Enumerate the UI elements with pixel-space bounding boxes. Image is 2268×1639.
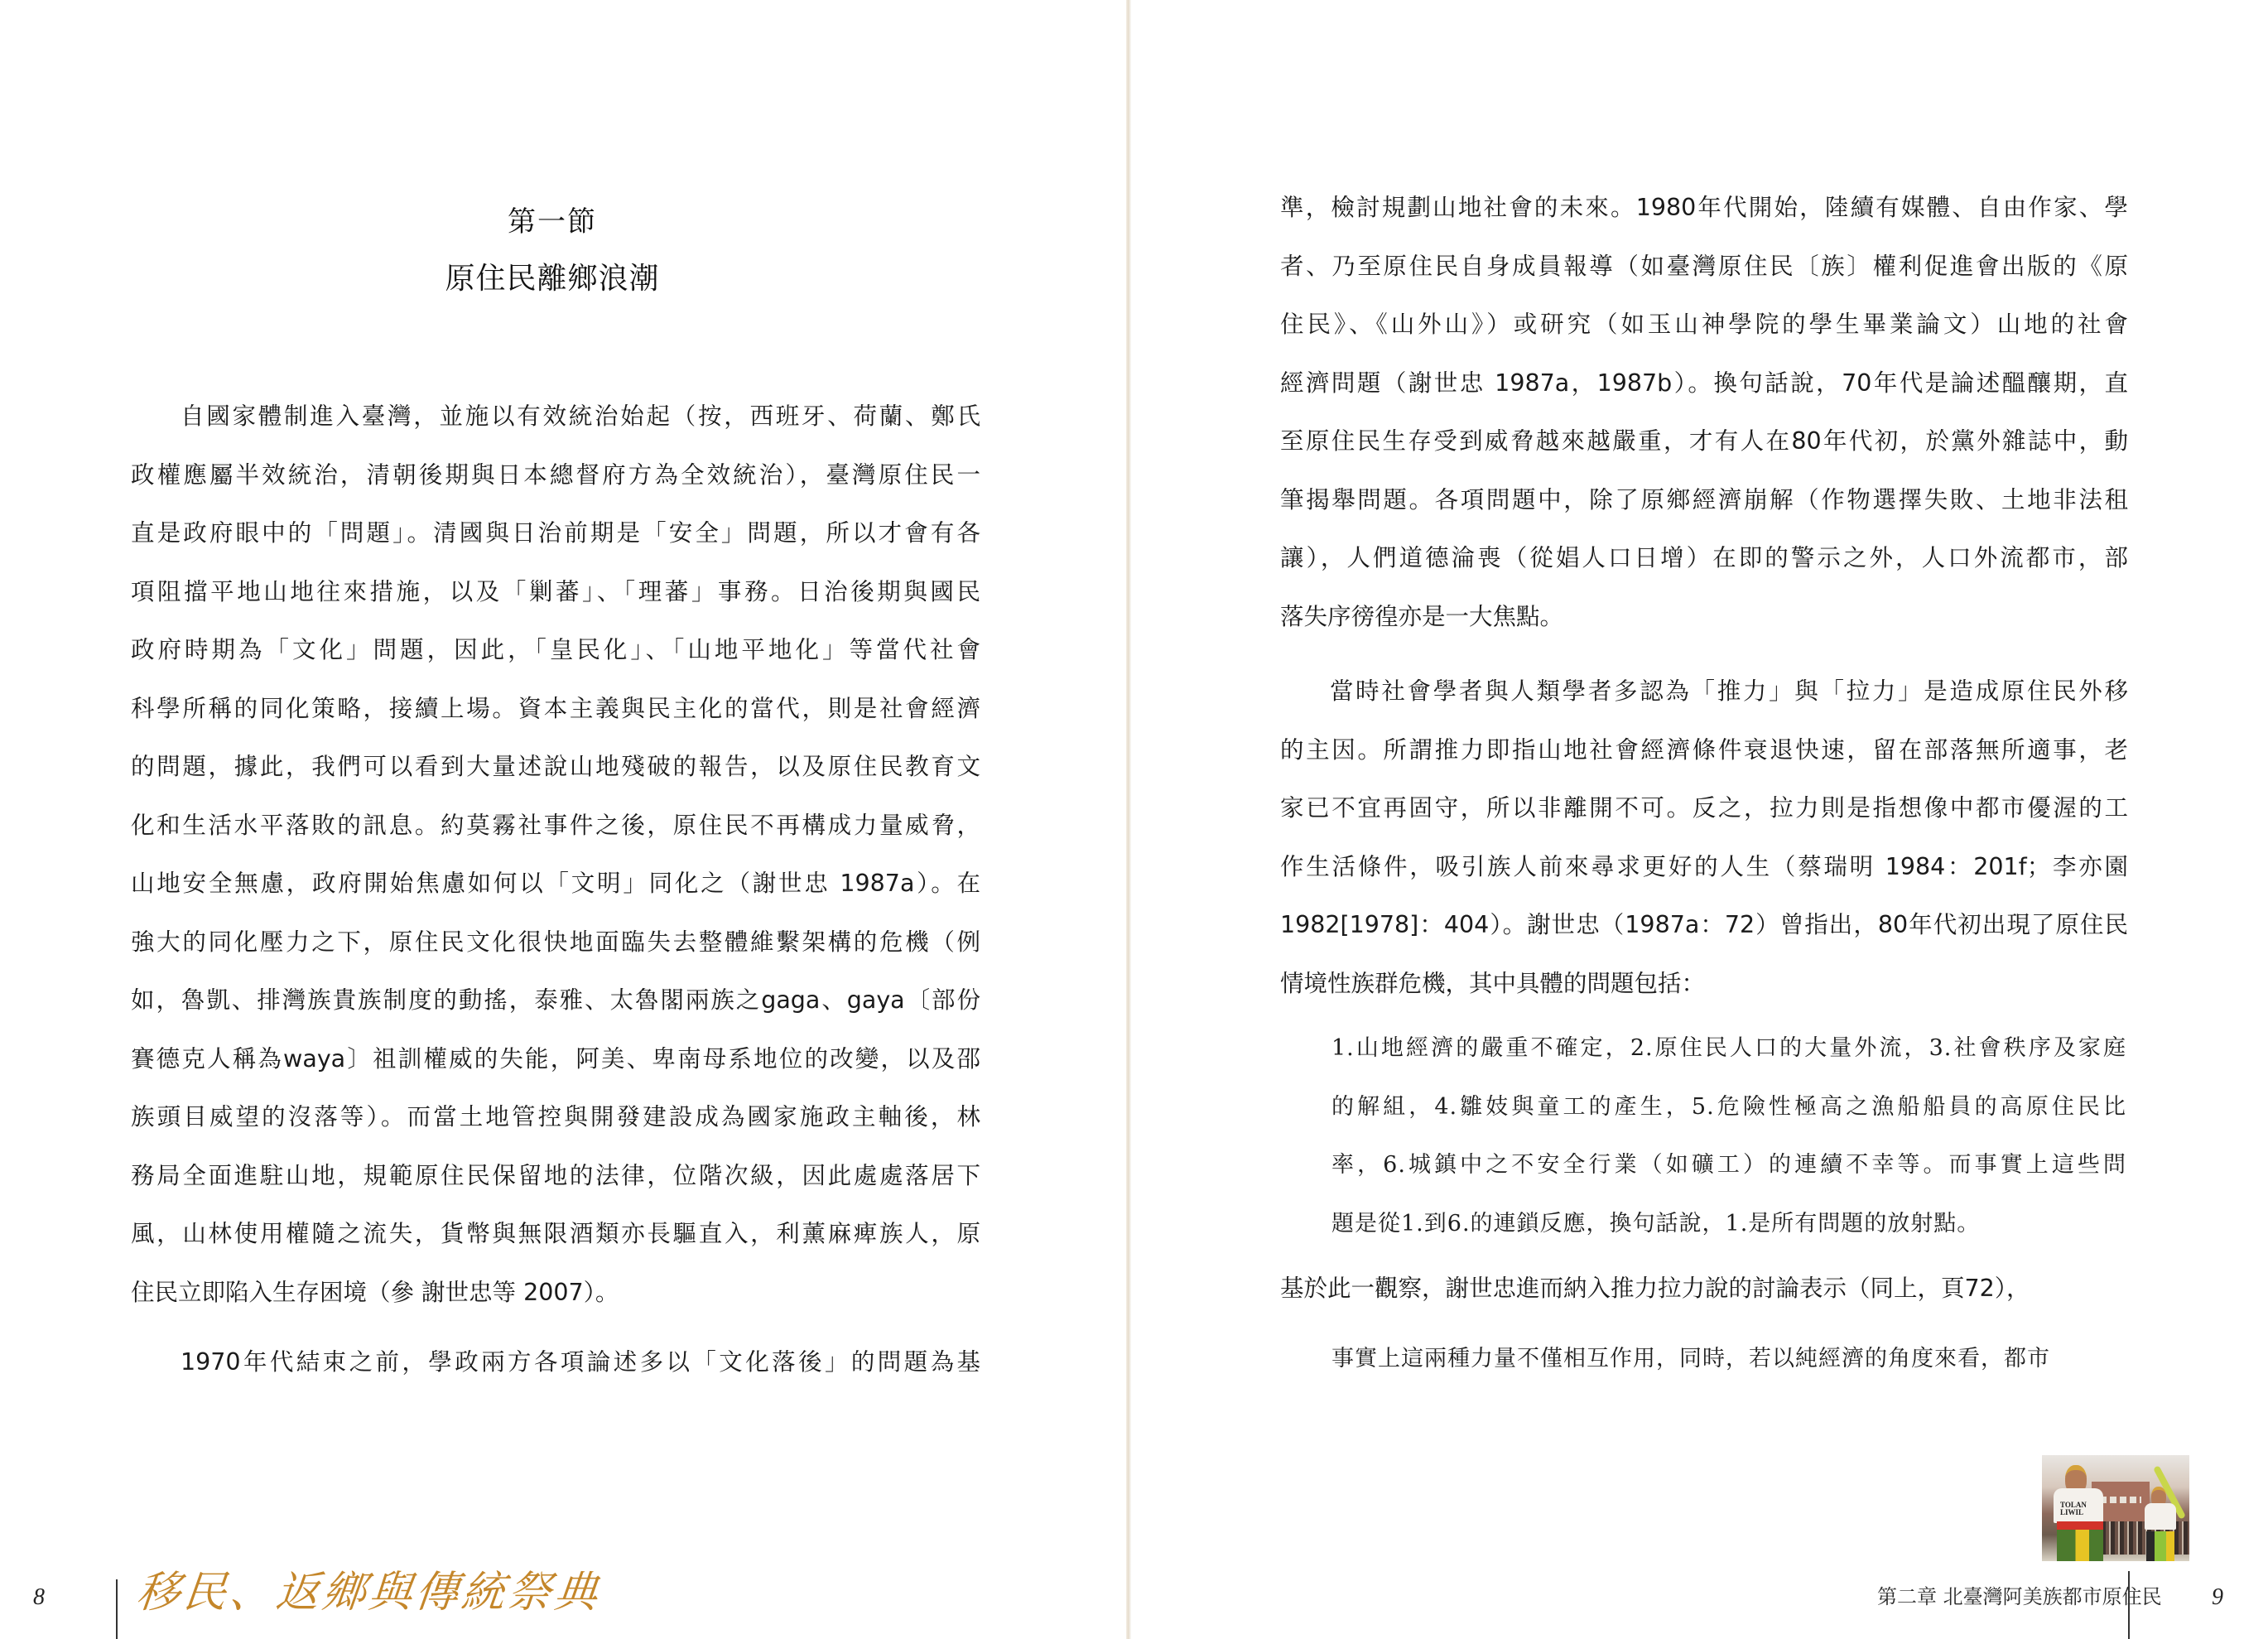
text-line: 情境性族群危機，其中具體的問題包括： [1280,955,2128,1014]
text-line: 當時社會學者與人類學者多認為「推力」與「拉力」是造成原住民外移 [1280,663,2128,721]
text-line: 族頭目威望的沒落等）。而當土地管控與開發建設成為國家施政主軸後，林 [131,1088,980,1147]
quote-line: 1.山地經濟的嚴重不確定，2.原住民人口的大量外流，3.社會秩序及家庭 [1331,1020,2126,1078]
section-label: 第一節 [0,199,1105,239]
left-paragraph-1: 自國家體制進入臺灣，並施以有效統治始起（按，西班牙、荷蘭、鄭氏 政權應屬半效統治… [131,388,980,1322]
dancer-sash [2057,1521,2103,1530]
page-number: 8 [33,1584,45,1611]
quote-line: 題是從1.到6.的連鎖反應，換句話說，1.是所有問題的放射點。 [1331,1195,2126,1254]
text-line: 如，魯凱、排灣族貴族制度的動搖，泰雅、太魯閣兩族之gaga、gaya〔部份 [131,971,980,1030]
right-paragraph-3: 基於此一觀察，謝世忠進而納入推力拉力說的討論表示（同上，頁72）， [1280,1260,2128,1318]
left-page: 第一節 原住民離鄉浪潮 自國家體制進入臺灣，並施以有效統治始起（按，西班牙、荷蘭… [0,0,1128,1639]
text-line: 直是政府眼中的「問題」。清國與日治前期是「安全」問題，所以才會有各 [131,504,980,563]
text-line: 讓），人們道德淪喪（從娼人口日增）在即的警示之外，人口外流都市，部 [1280,529,2128,588]
text-line: 準，檢討規劃山地社會的未來。1980年代開始，陸續有媒體、自由作家、學 [1280,179,2128,238]
text-line: 經濟問題（謝世忠 1987a，1987b）。換句話說，70年代是論述醞釀期，直 [1280,354,2128,413]
text-line: 1982[1978]：404）。謝世忠（1987a：72）曾指出，80年代初出現… [1280,896,2128,955]
page-number: 9 [2212,1584,2223,1611]
quote-line: 率，6.城鎮中之不安全行業（如礦工）的連續不幸等。而事實上這些問 [1331,1136,2126,1195]
text-line: 家已不宜再固守，所以非離開不可。反之，拉力則是指想像中都市優渥的工 [1280,779,2128,838]
text-line: 務局全面進駐山地，規範原住民保留地的法律，位階次級，因此處處落居下 [131,1147,980,1206]
right-paragraph-2: 當時社會學者與人類學者多認為「推力」與「拉力」是造成原住民外移 的主因。所謂推力… [1280,663,2128,1013]
footer-divider [2128,1571,2130,1639]
text-line: 1970年代結束之前，學政兩方各項論述多以「文化落後」的問題為基 [131,1333,980,1392]
text-line: 風，山林使用權隨之流失，貨幣與無限酒類亦長驅直入，利薰麻痺族人，原 [131,1205,980,1264]
text-line: 政權應屬半效統治，清朝後期與日本總督府方為全效統治），臺灣原住民一 [131,446,980,505]
festival-dancers-photo: TOLAN LIWIL [2042,1455,2189,1561]
footer-divider [116,1579,118,1639]
text-line: 的主因。所謂推力即指山地社會經濟條件衰退快速，留在部落無所適事，老 [1280,721,2128,780]
dancer-shirt [2145,1503,2176,1530]
text-line: 山地安全無慮，政府開始焦慮如何以「文明」同化之（謝世忠 1987a）。在 [131,855,980,914]
text-line: 的問題，據此，我們可以看到大量述說山地殘破的報告，以及原住民教育文 [131,738,980,797]
text-line: 住民立即陷入生存困境（參 謝世忠等 2007）。 [131,1264,980,1323]
text-line: 筆揭舉問題。各項問題中，除了原鄉經濟崩解（作物選擇失敗、土地非法租 [1280,471,2128,530]
text-line: 落失序徬徨亦是一大焦點。 [1280,588,2128,647]
left-paragraph-2: 1970年代結束之前，學政兩方各項論述多以「文化落後」的問題為基 [131,1333,980,1392]
text-line: 政府時期為「文化」問題，因此，「皇民化」、「山地平地化」等當代社會 [131,621,980,680]
text-line: 者、乃至原住民自身成員報導（如臺灣原住民〔族〕權利促進會出版的《原 [1280,238,2128,296]
book-title-calligraphy: 移民、返鄉與傳統祭典 [134,1557,604,1619]
text-line: 化和生活水平落敗的訊息。約莫霧社事件之後，原住民不再構成力量威脅， [131,797,980,856]
dancer-skirt [2057,1530,2103,1561]
text-line: 住民》、《山外山》）或研究（如玉山神學院的學生畢業論文）山地的社會 [1280,296,2128,354]
right-paragraph-1: 準，檢討規劃山地社會的未來。1980年代開始，陸續有媒體、自由作家、學 者、乃至… [1280,179,2128,646]
shirt-text: TOLAN LIWIL [2060,1502,2087,1516]
text-line: 項阻擋平地山地往來措施，以及「剿蕃」、「理蕃」事務。日治後期與國民 [131,563,980,622]
text-line: 基於此一觀察，謝世忠進而納入推力拉力說的討論表示（同上，頁72）， [1280,1260,2128,1318]
text-line: 作生活條件，吸引族人前來尋求更好的人生（蔡瑞明 1984：201f；李亦園 [1280,838,2128,897]
quote-line: 的解組，4.雛妓與童工的產生，5.危險性極高之漁船船員的高原住民比 [1331,1078,2126,1137]
block-quote-1: 1.山地經濟的嚴重不確定，2.原住民人口的大量外流，3.社會秩序及家庭 的解組，… [1331,1020,2126,1253]
section-title: 原住民離鄉浪潮 [0,255,1105,297]
text-line: 強大的同化壓力之下，原住民文化很快地面臨失去整體維繫架構的危機（例 [131,914,980,972]
block-quote-2: 事實上這兩種力量不僅相互作用，同時，若以純經濟的角度來看，都市 [1331,1330,2126,1389]
text-line: 自國家體制進入臺灣，並施以有效統治始起（按，西班牙、荷蘭、鄭氏 [131,388,980,446]
text-line: 至原住民生存受到威脅越來越嚴重，才有人在80年代初，於黨外雜誌中，動 [1280,412,2128,471]
dancer-skirt [2146,1531,2174,1561]
text-line: 科學所稱的同化策略，接續上場。資本主義與民主化的當代，則是社會經濟 [131,680,980,739]
chapter-title: 第二章 北臺灣阿美族都市原住民 [1877,1580,2162,1609]
text-line: 賽德克人稱為waya〕祖訓權威的失能，阿美、卑南母系地位的改變，以及邵 [131,1030,980,1089]
